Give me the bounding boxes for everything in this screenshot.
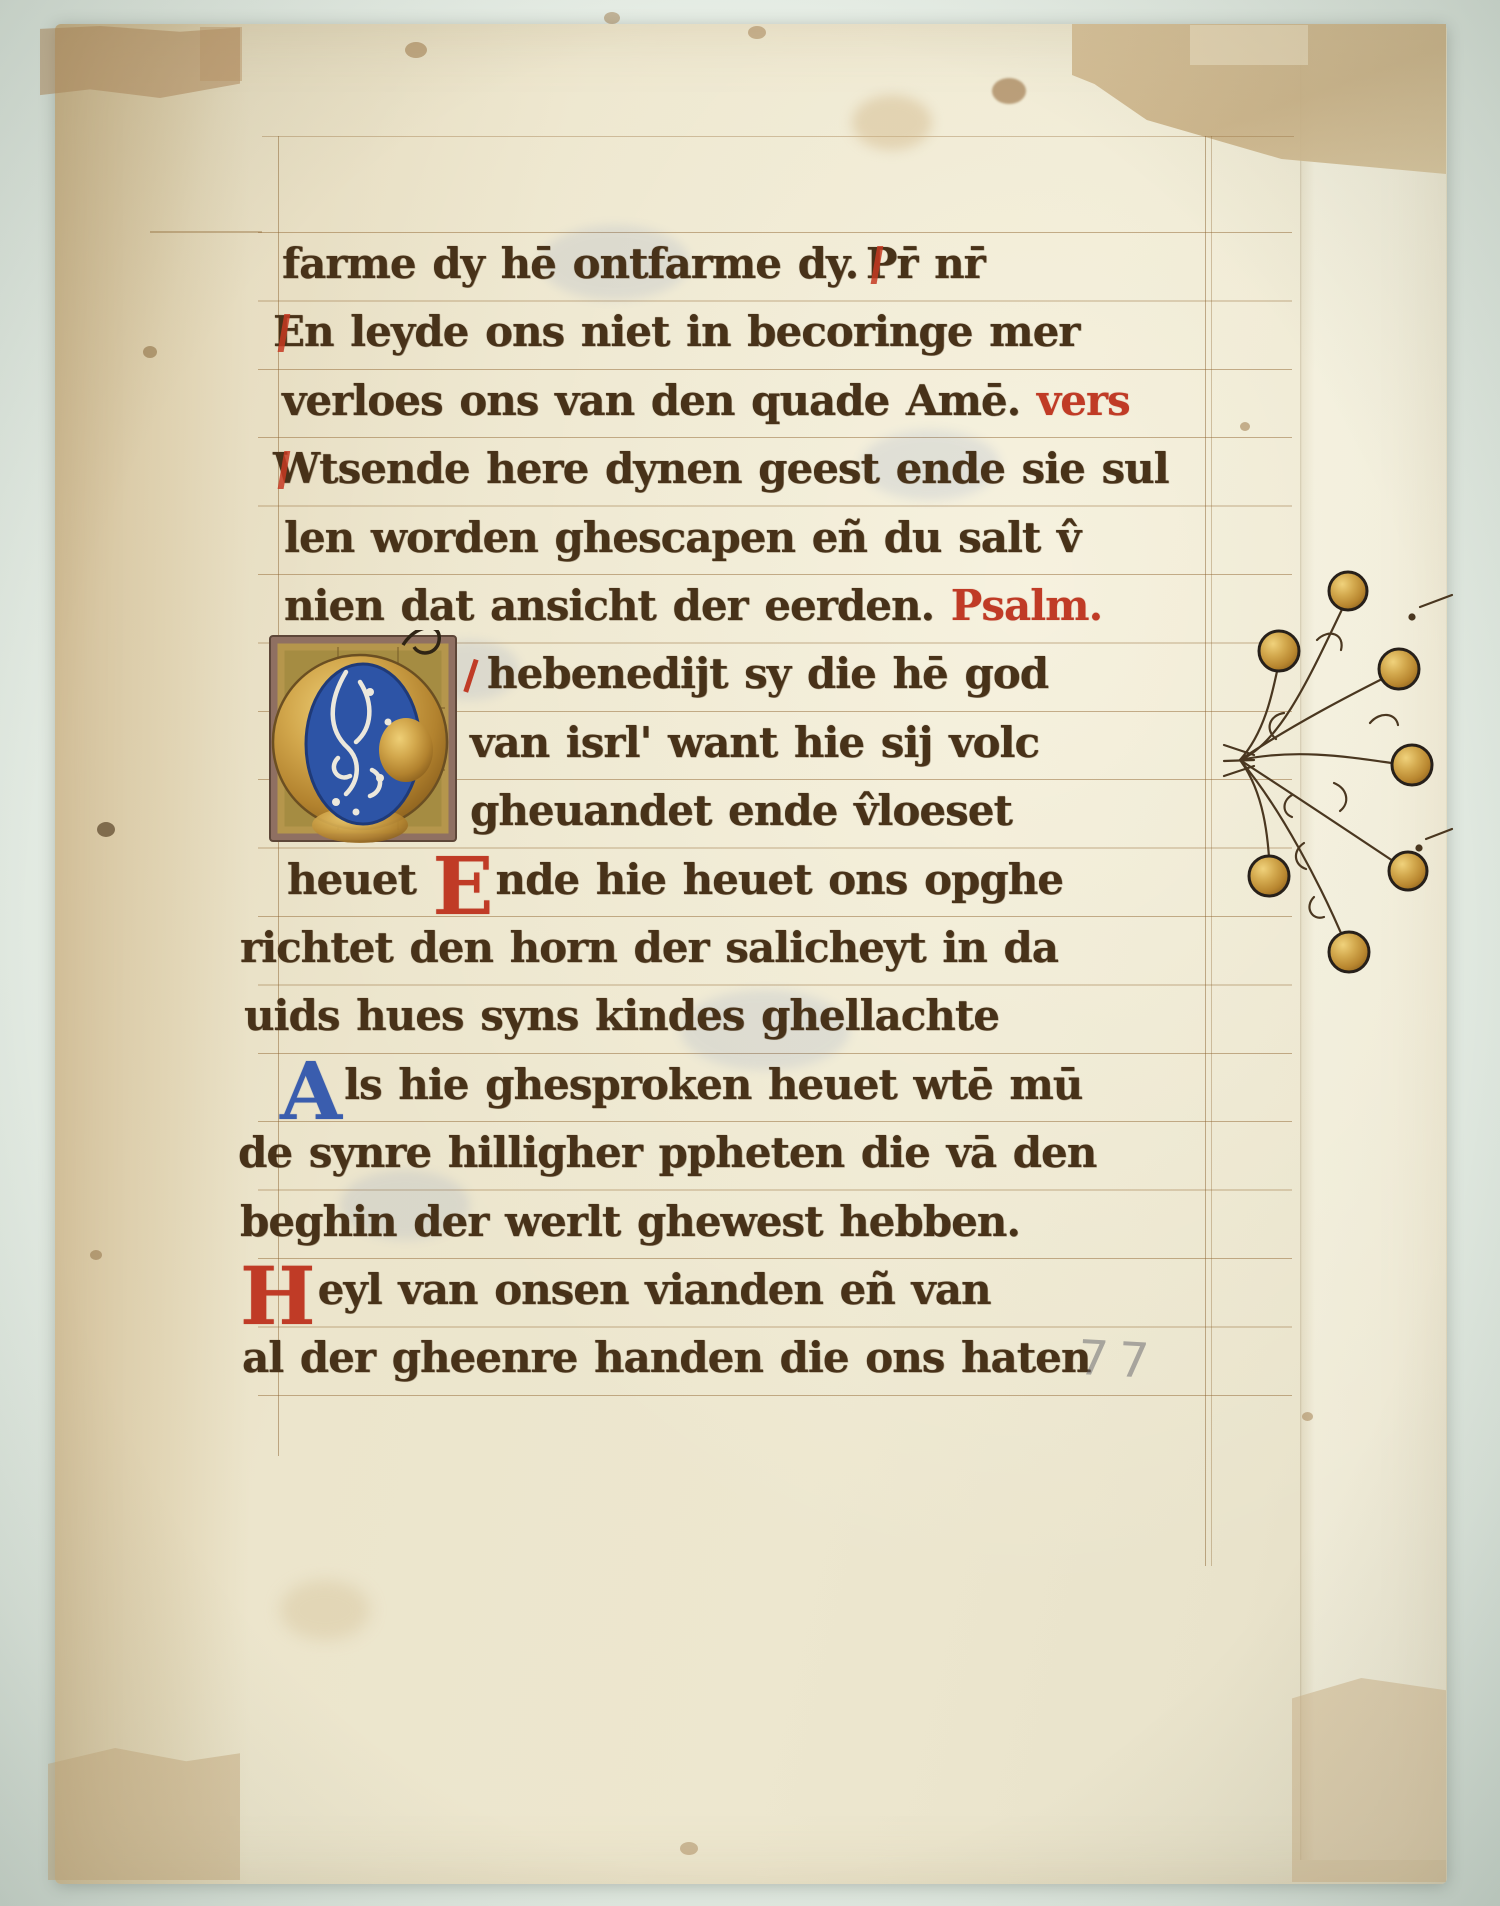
- text-segment: richtet den horn der salicheyt in da: [240, 923, 1058, 972]
- gold-dot: [1329, 572, 1367, 610]
- text-line: gheuandet ende v̂loeset: [470, 781, 1012, 847]
- gold-dot: [1329, 932, 1369, 972]
- text-line: hebenedijt sy die hē god: [470, 644, 1048, 710]
- text-line: beghin der werlt ghewest hebben.: [240, 1192, 1020, 1258]
- text-segment: vers: [1037, 376, 1130, 425]
- text-segment: van isrl' want hie sij volc: [470, 718, 1039, 767]
- photo-of-manuscript-leaf: farme dy hē ontfarme dy. Pr̄ nr̄En leyde…: [0, 0, 1500, 1906]
- text-line: al der gheenre handen die ons haten: [242, 1328, 1090, 1394]
- text-segment: farme dy hē ontfarme dy.: [282, 239, 875, 288]
- gold-dot: [1392, 745, 1432, 785]
- text-segment: gheuandet ende v̂loeset: [470, 786, 1012, 835]
- text-segment: eyl van onsen vianden eñ van: [318, 1265, 991, 1314]
- text-segment: Psalm.: [951, 581, 1102, 630]
- text-line: heuet Ende hie heuet ons opghe: [287, 850, 1063, 916]
- gold-dot: [1259, 631, 1299, 671]
- text-line: van isrl' want hie sij volc: [470, 713, 1039, 779]
- text-line: Wtsende here dynen geest ende sie sul: [282, 439, 1169, 505]
- text-segment: ls hie ghesproken heuet wtē mū: [344, 1060, 1082, 1109]
- text-segment: En leyde ons niet in becoringe mer: [273, 307, 1079, 356]
- text-segment: uids hues syns kindes ghellachte: [244, 991, 999, 1040]
- text-line: richtet den horn der salicheyt in da: [240, 918, 1058, 984]
- text-segment: Pr̄ nr̄: [866, 239, 985, 288]
- gold-dot: [1379, 649, 1419, 689]
- gold-dot: [1389, 852, 1427, 890]
- text-segment: nien dat ansicht der eerden.: [284, 581, 951, 630]
- text-line: farme dy hē ontfarme dy. Pr̄ nr̄: [282, 234, 985, 300]
- text-line: En leyde ons niet in becoringe mer: [282, 302, 1079, 368]
- decorated-initial-g: [268, 630, 468, 855]
- text-line: len worden ghescapen eñ du salt v̂: [284, 508, 1080, 574]
- text-segment: len worden ghescapen eñ du salt v̂: [284, 513, 1080, 562]
- text-line: Heyl van onsen vianden eñ van: [240, 1260, 991, 1326]
- text-segment: verloes ons van den quade Amē.: [282, 376, 1037, 425]
- text-line: Als hie ghesproken heuet wtē mū: [280, 1055, 1082, 1121]
- text-segment: de synre hilligher ppheten die vā den: [238, 1128, 1096, 1177]
- text-segment: hebenedijt sy die hē god: [487, 649, 1048, 698]
- text-segment: beghin der werlt ghewest hebben.: [240, 1197, 1020, 1246]
- gold-dot: [1249, 856, 1289, 896]
- folio-number-pencil: 77: [1077, 1330, 1161, 1390]
- text-line: uids hues syns kindes ghellachte: [244, 986, 999, 1052]
- text-segment: Wtsende here dynen geest ende sie sul: [273, 444, 1169, 493]
- text-line: de synre hilligher ppheten die vā den: [238, 1123, 1096, 1189]
- text-segment: al der gheenre handen die ons haten: [242, 1333, 1090, 1382]
- text-segment: heuet: [287, 855, 433, 904]
- text-segment: nde hie heuet ons opghe: [496, 855, 1063, 904]
- text-line: verloes ons van den quade Amē. vers: [282, 371, 1130, 437]
- marginal-spray: [1222, 545, 1457, 990]
